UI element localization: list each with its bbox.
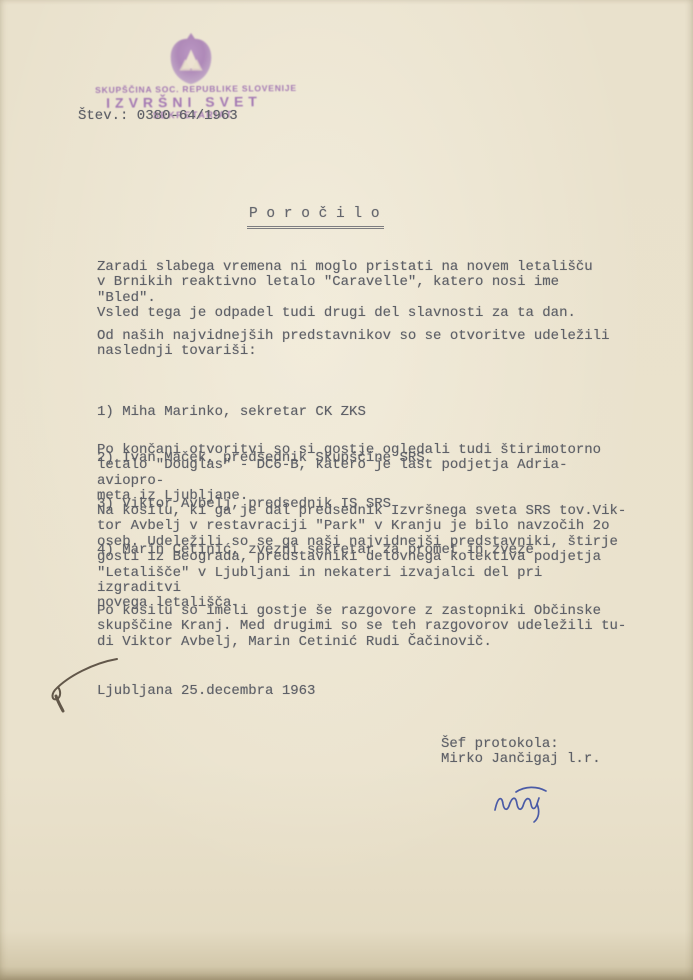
paragraph-1: Zaradi slabega vremena ni moglo pristati… bbox=[97, 260, 617, 322]
list-item: 1) Miha Marinko, sekretar CK ZKS bbox=[97, 405, 617, 420]
date-line: Ljubljana 25.decembra 1963 bbox=[97, 684, 315, 699]
stamp-emblem-icon bbox=[162, 30, 220, 88]
paragraph-3: Po končani otvoritvi so si gostje ogleda… bbox=[97, 443, 627, 505]
document-page: SKUPŠČINA SOC. REPUBLIKE SLOVENIJE IZVRŠ… bbox=[0, 0, 693, 980]
paragraph-5: Po kosilu so imeli gostje še razgovore z… bbox=[97, 604, 627, 650]
paragraph-2: Od naših najvidnejših predstavnikov so s… bbox=[97, 329, 617, 360]
margin-checkmark-icon bbox=[42, 654, 124, 716]
signature-name: Mirko Jančigaj l.r. bbox=[441, 752, 601, 767]
handwritten-signature-icon bbox=[489, 783, 561, 825]
document-title: P o r o č i l o bbox=[247, 206, 384, 229]
reference-number: Štev.: 0380-64/1963 bbox=[78, 109, 238, 124]
paragraph-4: Na kosilu, ki ga je dal predsednik Izvrš… bbox=[97, 504, 627, 612]
